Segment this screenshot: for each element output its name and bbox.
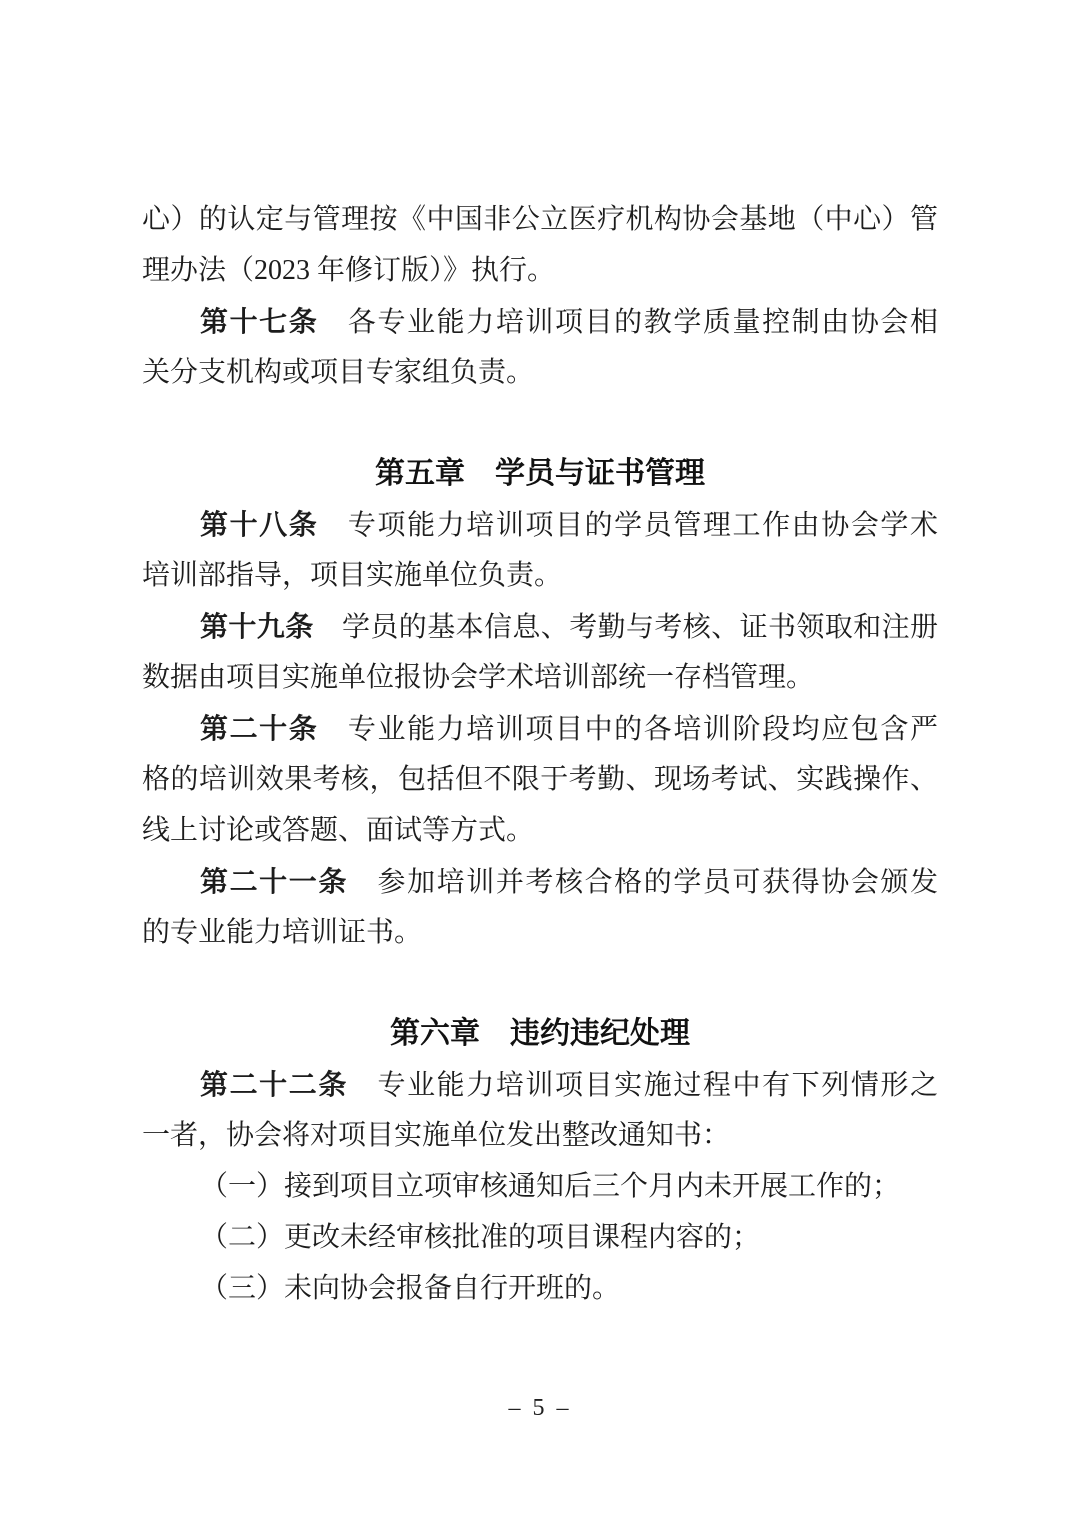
paragraph: （二）更改未经审核批准的项目课程内容的；	[142, 1212, 938, 1263]
text-line: 第二十二条 专业能力培训项目实施过程中有下列情形之	[142, 1059, 938, 1110]
text-segment: 专业能力培训项目实施过程中有下列情形之	[348, 1070, 938, 1101]
text-line: 第十九条 学员的基本信息、考勤与考核、证书领取和注册	[142, 601, 938, 652]
text-segment: 关分支机构或项目专家组负责。	[142, 357, 534, 388]
chapter-heading: 第五章 学员与证书管理	[142, 448, 938, 499]
text-segment: 线上讨论或答题、面试等方式。	[142, 815, 534, 846]
text-line: 的专业能力培训证书。	[142, 907, 938, 958]
text-line: 关分支机构或项目专家组负责。	[142, 347, 938, 398]
article-number: 第十七条	[200, 306, 318, 337]
paragraph: 第二十一条 参加培训并考核合格的学员可获得协会颁发的专业能力培训证书。	[142, 856, 938, 958]
text-segment: 专项能力培训项目的学员管理工作由协会学术	[318, 510, 938, 541]
document-content: 心）的认定与管理按《中国非公立医疗机构协会基地（中心）管理办法（2023 年修订…	[142, 194, 938, 1314]
text-segment: 理办法（2023 年修订版）》执行。	[142, 255, 555, 286]
chapter-heading: 第六章 违约违纪处理	[142, 1008, 938, 1059]
text-line: 一者，协会将对项目实施单位发出整改通知书：	[142, 1110, 938, 1161]
paragraph: 第十九条 学员的基本信息、考勤与考核、证书领取和注册数据由项目实施单位报协会学术…	[142, 601, 938, 703]
paragraph: 第二十条 专业能力培训项目中的各培训阶段均应包含严格的培训效果考核，包括但不限于…	[142, 703, 938, 856]
text-line: 理办法（2023 年修订版）》执行。	[142, 245, 938, 296]
text-line: 第十八条 专项能力培训项目的学员管理工作由协会学术	[142, 499, 938, 550]
text-segment: （三）未向协会报备自行开班的。	[200, 1273, 620, 1304]
text-segment: 数据由项目实施单位报协会学术培训部统一存档管理。	[142, 662, 814, 693]
paragraph: 第二十二条 专业能力培训项目实施过程中有下列情形之一者，协会将对项目实施单位发出…	[142, 1059, 938, 1161]
text-segment: 学员的基本信息、考勤与考核、证书领取和注册	[314, 612, 938, 643]
article-number: 第二十二条	[200, 1069, 348, 1100]
article-number: 第十八条	[200, 509, 318, 540]
text-line: 第二十条 专业能力培训项目中的各培训阶段均应包含严	[142, 703, 938, 754]
text-segment: 一者，协会将对项目实施单位发出整改通知书：	[142, 1120, 730, 1151]
text-line: 格的培训效果考核，包括但不限于考勤、现场考试、实践操作、	[142, 754, 938, 805]
paragraph: （一）接到项目立项审核通知后三个月内未开展工作的；	[142, 1161, 938, 1212]
text-segment: 参加培训并考核合格的学员可获得协会颁发	[348, 867, 938, 898]
article-number: 第二十条	[200, 713, 318, 744]
text-line: 线上讨论或答题、面试等方式。	[142, 805, 938, 856]
text-segment: 的专业能力培训证书。	[142, 917, 422, 948]
text-line: （一）接到项目立项审核通知后三个月内未开展工作的；	[142, 1161, 938, 1212]
article-number: 第二十一条	[200, 866, 348, 897]
text-line: （二）更改未经审核批准的项目课程内容的；	[142, 1212, 938, 1263]
text-line: 培训部指导，项目实施单位负责。	[142, 550, 938, 601]
text-segment: 专业能力培训项目中的各培训阶段均应包含严	[318, 714, 938, 745]
paragraph: 第十七条 各专业能力培训项目的教学质量控制由协会相关分支机构或项目专家组负责。	[142, 296, 938, 398]
document-page: 心）的认定与管理按《中国非公立医疗机构协会基地（中心）管理办法（2023 年修订…	[0, 0, 1080, 1528]
paragraph: （三）未向协会报备自行开班的。	[142, 1263, 938, 1314]
text-segment: 心）的认定与管理按《中国非公立医疗机构协会基地（中心）管	[142, 204, 938, 235]
text-segment: （二）更改未经审核批准的项目课程内容的；	[200, 1222, 760, 1253]
paragraph: 心）的认定与管理按《中国非公立医疗机构协会基地（中心）管理办法（2023 年修订…	[142, 194, 938, 296]
paragraph: 第十八条 专项能力培训项目的学员管理工作由协会学术培训部指导，项目实施单位负责。	[142, 499, 938, 601]
text-line: 第二十一条 参加培训并考核合格的学员可获得协会颁发	[142, 856, 938, 907]
text-line: 数据由项目实施单位报协会学术培训部统一存档管理。	[142, 652, 938, 703]
text-segment: 各专业能力培训项目的教学质量控制由协会相	[318, 307, 938, 338]
text-line: 第十七条 各专业能力培训项目的教学质量控制由协会相	[142, 296, 938, 347]
text-line: 心）的认定与管理按《中国非公立医疗机构协会基地（中心）管	[142, 194, 938, 245]
page-number: – 5 –	[0, 1395, 1080, 1422]
text-line: （三）未向协会报备自行开班的。	[142, 1263, 938, 1314]
text-segment: 培训部指导，项目实施单位负责。	[142, 560, 562, 591]
text-segment: （一）接到项目立项审核通知后三个月内未开展工作的；	[200, 1171, 900, 1202]
article-number: 第十九条	[200, 611, 314, 642]
text-segment: 格的培训效果考核，包括但不限于考勤、现场考试、实践操作、	[142, 764, 938, 795]
